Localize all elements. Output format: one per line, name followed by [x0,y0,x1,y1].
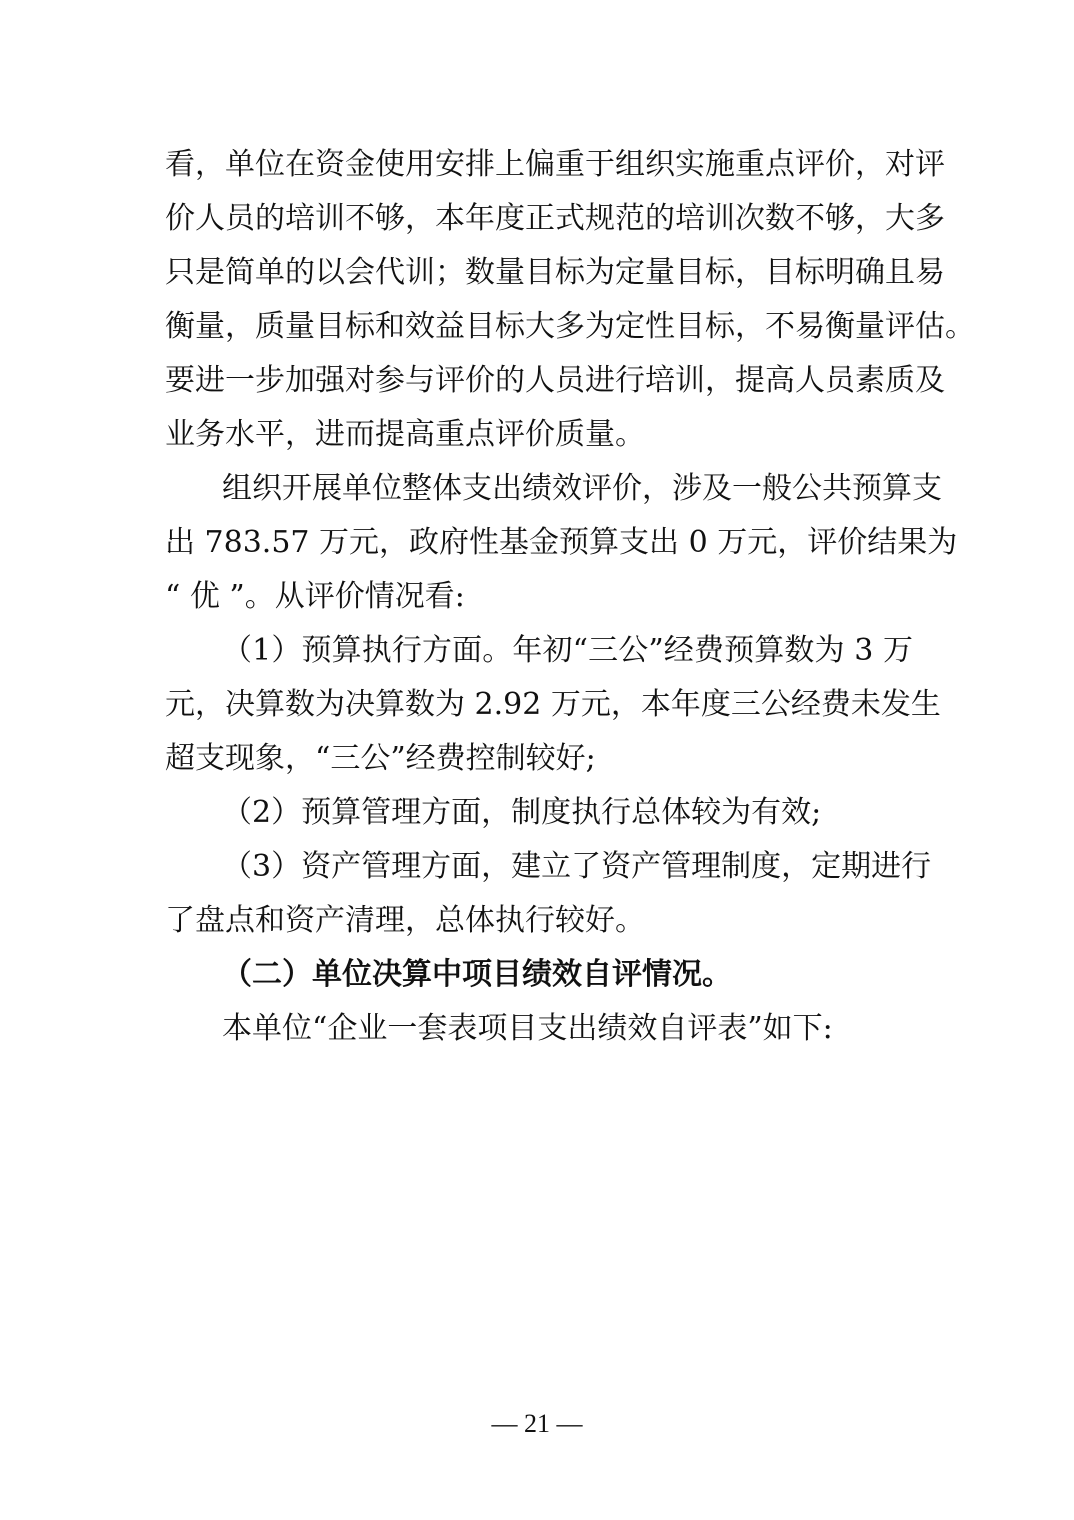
list-item-budget-management: （2）预算管理方面，制度执行总体较为有效; [222,786,913,840]
paragraph-line: 超支现象，“三公”经费控制较好; [165,732,913,786]
paragraph-line: 了盘点和资产清理，总体执行较好。 [165,894,913,948]
paragraph-line: 只是简单的以会代训；数量目标为定量目标，目标明确且易 [165,246,913,300]
paragraph-line: 业务水平，进而提高重点评价质量。 [165,408,913,462]
list-item-budget-execution: （1）预算执行方面。年初“三公”经费预算数为 3 万 [222,624,913,678]
paragraph-line: 衡量，质量目标和效益目标大多为定性目标，不易衡量评估。 [165,300,913,354]
paragraph-line: 组织开展单位整体支出绩效评价，涉及一般公共预算支 [222,462,913,516]
paragraph-line: 元，决算数为决算数为 2.92 万元，本年度三公经费未发生 [165,678,913,732]
paragraph-line: 本单位“企业一套表项目支出绩效自评表”如下: [222,1002,913,1056]
paragraph-line: 价人员的培训不够，本年度正式规范的培训次数不够，大多 [165,192,913,246]
document-page: 看，单位在资金使用安排上偏重于组织实施重点评价，对评 价人员的培训不够，本年度正… [0,0,1074,1520]
paragraph-line: “ 优 ”。从评价情况看: [165,570,913,624]
list-item-asset-management: （3）资产管理方面，建立了资产管理制度，定期进行 [222,840,913,894]
section-heading: （二）单位决算中项目绩效自评情况。 [222,948,913,1002]
paragraph-line: 看，单位在资金使用安排上偏重于组织实施重点评价，对评 [165,138,913,192]
paragraph-line: 出 783.57 万元，政府性基金预算支出 0 万元，评价结果为 [165,516,913,570]
page-number: — 21 — [0,1406,1074,1442]
paragraph-line: 要进一步加强对参与评价的人员进行培训，提高人员素质及 [165,354,913,408]
